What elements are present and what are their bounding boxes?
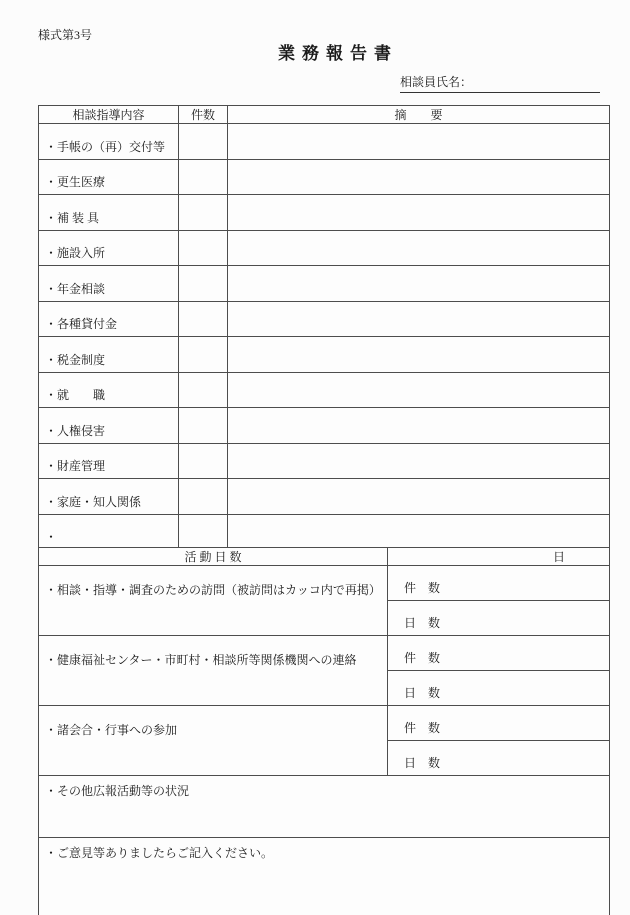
summary-cell xyxy=(228,159,610,195)
row-label: ・施設入所 xyxy=(39,230,179,266)
activity-header-row: 活 動 日 数 日 xyxy=(39,548,610,566)
consultation-row: ・就 職 xyxy=(39,372,610,408)
summary-cell xyxy=(228,337,610,373)
count-cell xyxy=(179,408,228,444)
row-label: ・年金相談 xyxy=(39,266,179,302)
count-cell xyxy=(179,479,228,515)
row-label: ・財産管理 xyxy=(39,443,179,479)
count-days-cell: 日 数 xyxy=(388,601,610,636)
document-page: 様式第3号 業務報告書 相談員氏名： 相談指導内容 件数 摘 要 ・手帳の（再）… xyxy=(0,0,630,915)
row-label: ・補 装 具 xyxy=(39,195,179,231)
count-days-cell: 件 数 xyxy=(388,636,610,671)
summary-cell xyxy=(228,514,610,550)
consultation-row: ・ xyxy=(39,514,610,550)
summary-cell xyxy=(228,195,610,231)
count-days-cell: 日 数 xyxy=(388,671,610,706)
consultant-name-label: 相談員氏名： xyxy=(400,75,472,89)
comments-label: ・ご意見等ありましたらご記入ください。 xyxy=(39,838,610,915)
count-cell xyxy=(179,159,228,195)
col-header-content: 相談指導内容 xyxy=(39,106,179,124)
other-activities-label: ・その他広報活動等の状況 xyxy=(39,776,610,838)
activity-table: 活 動 日 数 日 ・相談・指導・調査のための訪問（被訪問はカッコ内で再掲） 件… xyxy=(38,547,610,915)
count-cell xyxy=(179,514,228,550)
row-label: ・各種貸付金 xyxy=(39,301,179,337)
activity-label: ・相談・指導・調査のための訪問（被訪問はカッコ内で再掲） xyxy=(39,566,388,636)
count-cell xyxy=(179,372,228,408)
activity-days-header: 活 動 日 数 xyxy=(39,548,388,566)
col-header-summary: 摘 要 xyxy=(228,106,610,124)
day-header: 日 xyxy=(388,548,610,566)
count-cell xyxy=(179,124,228,160)
count-cell xyxy=(179,443,228,479)
summary-cell xyxy=(228,443,610,479)
activity-label: ・健康福祉センター・市町村・相談所等関係機関への連絡 xyxy=(39,636,388,706)
count-cell xyxy=(179,266,228,302)
consultation-row: ・更生医療 xyxy=(39,159,610,195)
activity-row-count: ・諸会合・行事への参加 件 数 xyxy=(39,706,610,741)
other-activities-row: ・その他広報活動等の状況 xyxy=(39,776,610,838)
summary-cell xyxy=(228,479,610,515)
consultation-row: ・人権侵害 xyxy=(39,408,610,444)
consultant-name-field: 相談員氏名： xyxy=(400,73,600,93)
row-label: ・更生医療 xyxy=(39,159,179,195)
summary-cell xyxy=(228,230,610,266)
page-title: 業務報告書 xyxy=(46,39,630,64)
row-label: ・人権侵害 xyxy=(39,408,179,444)
consultation-row: ・年金相談 xyxy=(39,266,610,302)
activity-label: ・諸会合・行事への参加 xyxy=(39,706,388,776)
row-label: ・ xyxy=(39,514,179,550)
summary-cell xyxy=(228,372,610,408)
count-cell xyxy=(179,195,228,231)
summary-cell xyxy=(228,408,610,444)
summary-cell xyxy=(228,301,610,337)
row-label: ・就 職 xyxy=(39,372,179,408)
count-days-cell: 日 数 xyxy=(388,741,610,776)
count-days-cell: 件 数 xyxy=(388,706,610,741)
col-header-count: 件数 xyxy=(179,106,228,124)
comments-row: ・ご意見等ありましたらご記入ください。 xyxy=(39,838,610,915)
row-label: ・手帳の（再）交付等 xyxy=(39,124,179,160)
consultation-row: ・財産管理 xyxy=(39,443,610,479)
row-label: ・家庭・知人関係 xyxy=(39,479,179,515)
summary-cell xyxy=(228,124,610,160)
activity-row-count: ・相談・指導・調査のための訪問（被訪問はカッコ内で再掲） 件 数 xyxy=(39,566,610,601)
consultation-row: ・家庭・知人関係 xyxy=(39,479,610,515)
summary-cell xyxy=(228,266,610,302)
count-days-cell: 件 数 xyxy=(388,566,610,601)
consultation-row: ・税金制度 xyxy=(39,337,610,373)
row-label: ・税金制度 xyxy=(39,337,179,373)
consultation-table: 相談指導内容 件数 摘 要 ・手帳の（再）交付等 ・更生医療 xyxy=(38,105,610,587)
consultation-row: ・各種貸付金 xyxy=(39,301,610,337)
consultation-row: ・施設入所 xyxy=(39,230,610,266)
consultation-header-row: 相談指導内容 件数 摘 要 xyxy=(39,106,610,124)
count-cell xyxy=(179,230,228,266)
consultation-row: ・手帳の（再）交付等 xyxy=(39,124,610,160)
count-cell xyxy=(179,337,228,373)
consultation-row: ・補 装 具 xyxy=(39,195,610,231)
count-cell xyxy=(179,301,228,337)
activity-row-count: ・健康福祉センター・市町村・相談所等関係機関への連絡 件 数 xyxy=(39,636,610,671)
